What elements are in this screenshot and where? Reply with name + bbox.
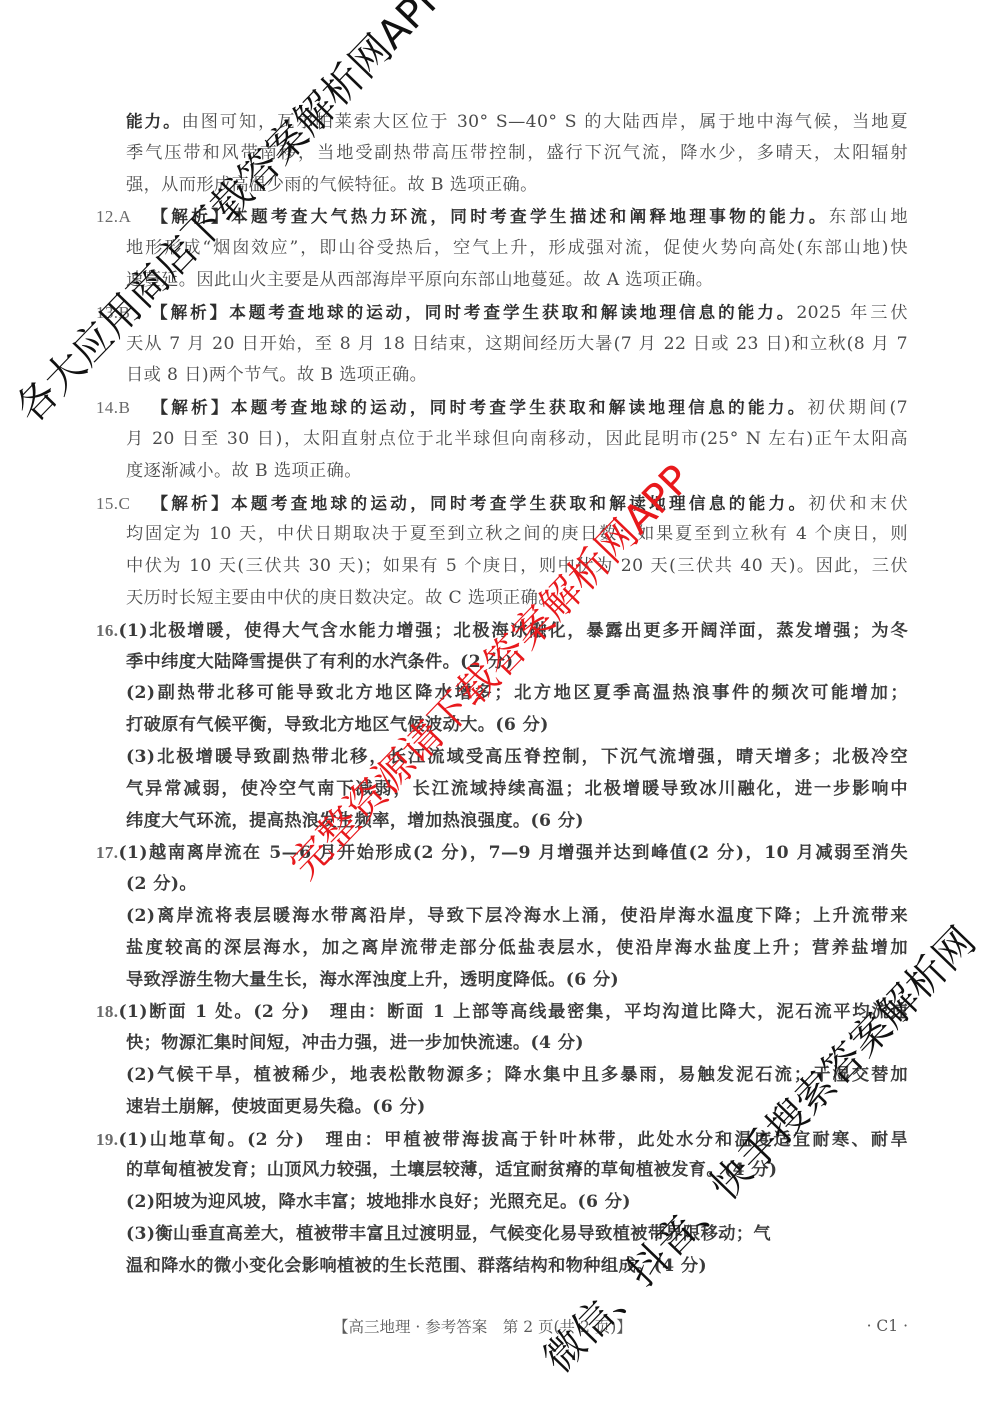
text-line: 均固定为 10 天，中伏日期取决于夏至到立秋之间的庚日数：如果夏至到立秋有 4 … (96, 519, 908, 551)
item-17: 17.(1)越南离岸流在 5—6 月开始形成(2 分)，7—9 月增强并达到峰值… (96, 837, 908, 996)
item-number: 14. (96, 392, 118, 424)
text-line: (3)北极增暖导致副热带北移，长江流域受高压脊控制，下沉气流增强，晴天增多；北极… (96, 742, 908, 774)
text-line: 纬度大气环流，提高热浪发生频率，增加热浪强度。(6 分) (96, 806, 908, 838)
text-line: 日或 8 日)两个节气。故 B 选项正确。 (96, 360, 908, 392)
item-number: 19. (96, 1124, 118, 1156)
text-line: 强，从而形成高温少雨的气候特征。故 B 选项正确。 (96, 170, 908, 202)
text-line: 速岩土崩解，使坡面更易失稳。(6 分) (96, 1092, 908, 1124)
text-line: 度逐渐减小。故 B 选项正确。 (96, 456, 908, 488)
text-line: 温和降水的微小变化会影响植被的生长范围、群落结构和物种组成。(4 分) (96, 1251, 908, 1283)
text-line: 天历时长短主要由中伏的庚日数决定。故 C 选项正确。 (96, 583, 908, 615)
text-line: 能力。由图可知，瓦尔帕莱索大区位于 30° S—40° S 的大陆西岸，属于地中… (96, 106, 908, 138)
text-line: 14.B【解析】本题考查地球的运动，同时考查学生获取和解读地理信息的能力。初伏期… (96, 392, 908, 424)
item-14: 14.B【解析】本题考查地球的运动，同时考查学生获取和解读地理信息的能力。初伏期… (96, 392, 908, 487)
text-line: (2 分)。 (96, 869, 908, 901)
text-line: 的草甸植被发育；山顶风力较强，土壤层较薄，适宜耐贫瘠的草甸植被发育。(4 分) (96, 1155, 908, 1187)
text-line: 12.A【解析】本题考查大气热力环流，同时考查学生描述和阐释地理事物的能力。东部… (96, 201, 908, 233)
text-line: (2)副热带北移可能导致北方地区降水增多；北方地区夏季高温热浪事件的频次可能增加… (96, 678, 908, 710)
item-11-continuation: 能力。由图可知，瓦尔帕莱索大区位于 30° S—40° S 的大陆西岸，属于地中… (96, 106, 908, 201)
text-line: 打破原有气候平衡，导致北方地区气候波动大。(6 分) (96, 710, 908, 742)
page-footer: 【高三地理 · 参考答案 第 2 页(共 2 页)】 · C1 · (333, 1312, 908, 1340)
answer-letter: B (118, 297, 148, 329)
text-line: (2)气候干旱，植被稀少，地表松散物源多；降水集中且多暴雨，易触发泥石流；干湿交… (96, 1060, 908, 1092)
item-13: 13.B【解析】本题考查地球的运动，同时考查学生获取和解读地理信息的能力。202… (96, 297, 908, 392)
item-12: 12.A【解析】本题考查大气热力环流，同时考查学生描述和阐释地理事物的能力。东部… (96, 201, 908, 296)
text-line: 天从 7 月 20 日开始，至 8 月 18 日结束，这期间经历大暑(7 月 2… (96, 329, 908, 361)
text-line: 15.C【解析】本题考查地球的运动，同时考查学生获取和解读地理信息的能力。初伏和… (96, 488, 908, 520)
item-15: 15.C【解析】本题考查地球的运动，同时考查学生获取和解读地理信息的能力。初伏和… (96, 488, 908, 615)
item-18: 18.(1)断面 1 处。(2 分) 理由：断面 1 上部等高线最密集，平均沟道… (96, 996, 908, 1123)
item-number: 15. (96, 488, 118, 520)
text-line: (2)离岸流将表层暖海水带离沿岸，导致下层冷海水上涌，使沿岸海水温度下降；上升流… (96, 901, 908, 933)
item-19: 19.(1)山地草甸。(2 分) 理由：甲植被带海拔高于针叶林带，此处水分和温度… (96, 1124, 908, 1283)
answer-letter: A (118, 201, 148, 233)
item-number: 13. (96, 297, 118, 329)
analysis-tag: 【解析】 (148, 207, 231, 226)
item-number: 16. (96, 615, 118, 647)
text-line: (3)衡山垂直高差大，植被带丰富且过渡明显，气候变化易导致植被带界限移动；气 (96, 1219, 908, 1251)
text-line: 速蔓延。因此山火主要是从西部海岸平原向东部山地蔓延。故 A 选项正确。 (96, 265, 908, 297)
footer-code: · C1 · (867, 1317, 908, 1335)
text-line: 17.(1)越南离岸流在 5—6 月开始形成(2 分)，7—9 月增强并达到峰值… (96, 837, 908, 869)
text-line: 导致浮游生物大量生长，海水浑浊度上升，透明度降低。(6 分) (96, 965, 908, 997)
text-line: 气异常减弱，使冷空气南下减弱，长江流域持续高温；北极增暖导致冰川融化，进一步影响… (96, 774, 908, 806)
document-page: 能力。由图可知，瓦尔帕莱索大区位于 30° S—40° S 的大陆西岸，属于地中… (0, 0, 1000, 1405)
text-line: 18.(1)断面 1 处。(2 分) 理由：断面 1 上部等高线最密集，平均沟道… (96, 996, 908, 1028)
text-line: 19.(1)山地草甸。(2 分) 理由：甲植被带海拔高于针叶林带，此处水分和温度… (96, 1124, 908, 1156)
text-line: 16.(1)北极增暖，使得大气含水能力增强；北极海冰融化，暴露出更多开阔洋面，蒸… (96, 615, 908, 647)
item-number: 12. (96, 201, 118, 233)
item-16: 16.(1)北极增暖，使得大气含水能力增强；北极海冰融化，暴露出更多开阔洋面，蒸… (96, 615, 908, 838)
item-number: 17. (96, 837, 118, 869)
item-number: 18. (96, 996, 118, 1028)
text-line: 月 20 日至 30 日)，太阳直射点位于北半球但向南移动，因此昆明市(25° … (96, 424, 908, 456)
text-line: 13.B【解析】本题考查地球的运动，同时考查学生获取和解读地理信息的能力。202… (96, 297, 908, 329)
analysis-tag: 【解析】 (148, 303, 229, 322)
answer-content: 能力。由图可知，瓦尔帕莱索大区位于 30° S—40° S 的大陆西岸，属于地中… (96, 106, 908, 1282)
analysis-tag: 【解析】 (148, 494, 231, 513)
text-line: 快；物源汇集时间短，冲击力强，进一步加快流速。(4 分) (96, 1028, 908, 1060)
text-line: (2)阳坡为迎风坡，降水丰富；坡地排水良好；光照充足。(6 分) (96, 1187, 908, 1219)
footer-title: 【高三地理 · 参考答案 第 2 页(共 2 页)】 (333, 1315, 632, 1337)
text-line: 季中纬度大陆降雪提供了有利的水汽条件。(2 分) (96, 647, 908, 679)
text-line: 季气压带和风带南移，当地受副热带高压带控制，盛行下沉气流，降水少，多晴天，太阳辐… (96, 138, 908, 170)
analysis-tag: 【解析】 (148, 398, 230, 417)
answer-letter: C (118, 488, 148, 520)
text-line: 地形形成“烟囱效应”，即山谷受热后，空气上升，形成强对流，促使火势向高处(东部山… (96, 233, 908, 265)
answer-letter: B (118, 392, 148, 424)
text-line: 盐度较高的深层海水，加之离岸流带走部分低盐表层水，使沿岸海水盐度上升；营养盐增加 (96, 933, 908, 965)
text-line: 中伏为 10 天(三伏共 30 天)；如果有 5 个庚日，则中伏为 20 天(三… (96, 551, 908, 583)
